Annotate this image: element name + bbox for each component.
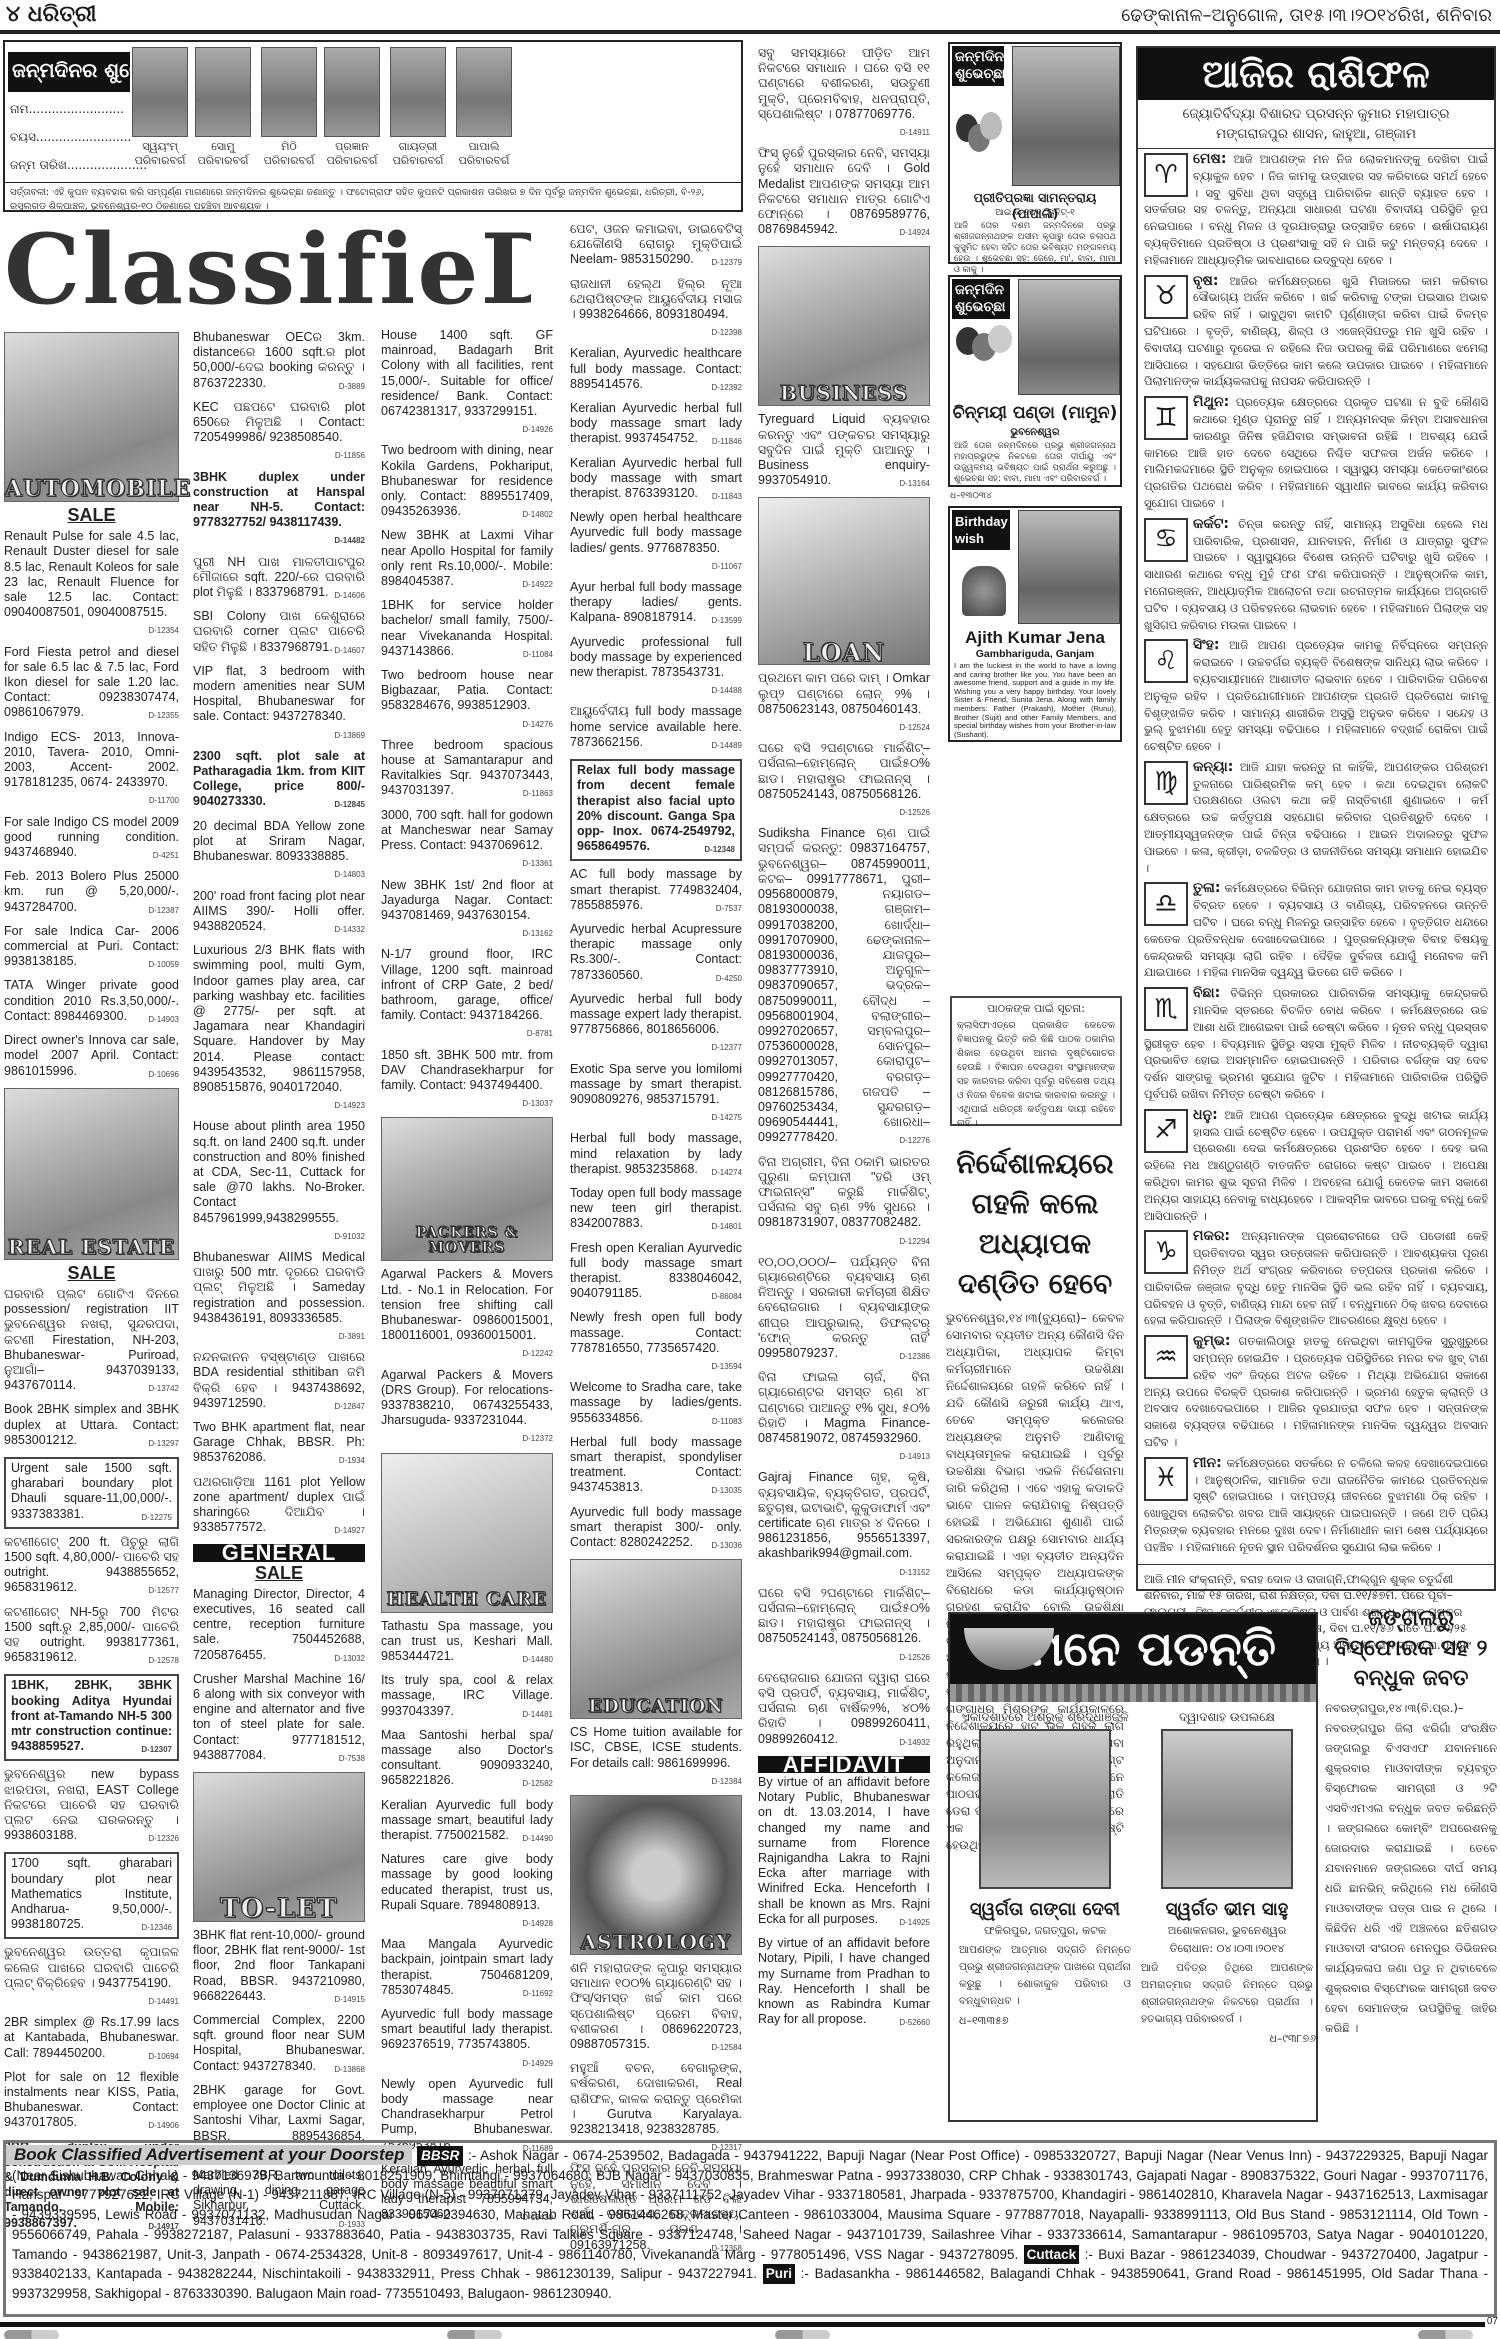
ad-text: ଭୁବନେଶ୍ୱର ଉତ୍ତରା କୃପାଜଳ କଲେଜ ପାଖରେ ଘରବାର… <box>4 1945 179 1989</box>
affidavit-heading: AFFIDAVIT <box>758 1756 930 1773</box>
memorial-name: ସ୍ୱର୍ଗତା ଗଙ୍ଗା ଦେବୀ <box>956 1899 1134 1920</box>
page-label: ୪ ଧରିତ୍ରୀ <box>6 2 97 27</box>
classified-ad: Today open full body massage new teen gi… <box>570 1186 742 1235</box>
classified-ad: 1850 sft. 3BHK 500 mtr. from DAV Chandra… <box>381 1048 553 1112</box>
news-article-explosives: ଜଙ୍ଗଲରୁ ବିସ୍ଫୋରକ ସହ ୨ ବନ୍ଧୁକ ଜବତ ନବରଙ୍ଗପ… <box>1325 1604 1497 2038</box>
classified-ad: ବିନା ଅଗ୍ରୀମ, ବିନା ଠକାମି ଭାରତର ପୁରୁଣା କମ୍… <box>758 1155 930 1249</box>
ad-text: KEC ପଛପଟେ ଘରବାରି plot 650ରେ ମିଳୁଅଛି । Co… <box>193 400 365 444</box>
classified-ad: ପ୍ରଥମେ କାମ ପରେ ଦାମ୍ । Omkar ଲୁପ୍୨ ଘଣ୍ଟାର… <box>758 671 930 735</box>
ad-code: D-14491 <box>148 1994 179 2009</box>
ad-code: D-13742 <box>148 1381 179 1396</box>
loan-label: LOAN <box>759 645 929 660</box>
classified-ad: ଆୟୁର୍ବେଦୀୟ full body massage home servic… <box>570 704 742 753</box>
classified-ad: Keralian Ayurvedic herbal full body mass… <box>570 456 742 505</box>
ad-text: Newly fresh open full body massage. Cont… <box>570 1310 742 1354</box>
kid-photo <box>261 47 317 137</box>
classified-ad: 1700 sqft. gharabari boundary plot near … <box>4 1852 179 1939</box>
ad-code: D-12526 <box>899 1650 930 1665</box>
kid-photo <box>195 47 251 137</box>
classified-ad: Tathastu Spa massage, you can trust us, … <box>381 1619 553 1668</box>
ad-text: 20 decimal BDA Yellow zone plot at Srira… <box>193 819 365 863</box>
kid-photo-card: ସୋମୁପରିବାରବର୍ଗ <box>195 47 251 168</box>
ad-code: D-14929 <box>522 2056 553 2071</box>
ad-code: D-14489 <box>711 738 742 753</box>
reader-notice: ପାଠକଙ୍କ ପାଇଁ ସୂଚନା: କ୍ଲାସିଫାଏଡ୍‌ରେ ପ୍ରକା… <box>950 996 1122 1126</box>
news-headline: ଜଙ୍ଗଲରୁ ବିସ୍ଫୋରକ ସହ ୨ ବନ୍ଧୁକ ଜବତ <box>1325 1604 1497 1694</box>
ad-code: D-13599 <box>711 613 742 628</box>
ad-text: Luxurious 2/3 BHK flats with swimming po… <box>193 943 365 1094</box>
bbsr-contacts: :- Ashok Nagar - 0674-2539502, Badagada … <box>12 2148 1488 2262</box>
business-label: BUSINESS <box>759 386 929 401</box>
kid-name: ସ୍ୱୟଂମ୍ <box>132 140 188 154</box>
zodiac-icon: ♋ <box>1144 518 1188 562</box>
ad-code: D-11856 <box>335 448 365 463</box>
classified-logo: ClassifieD <box>4 222 531 318</box>
ad-code: D-12387 <box>148 903 179 918</box>
ad-code: D-14481 <box>522 1707 553 1722</box>
ad-code: D-13037 <box>522 1096 553 1111</box>
ad-code: D-12384 <box>711 1774 742 1789</box>
wish-code: ଧ–୧୩୦୩୪ <box>950 491 992 501</box>
ad-code: D-12578 <box>148 1653 179 1668</box>
ad-code: D-14490 <box>522 1831 553 1846</box>
ad-text: 3000, 700 sqft. hall for godown at Manch… <box>381 808 553 852</box>
zodiac-prediction: ଆଜି ଆପଣ ପ୍ରତ୍ୟେକ କାମକୁ ନିର୍ବିଘ୍ନରେ ସମ୍ପନ… <box>1144 638 1488 753</box>
memorial-title: ମନେ ପଡନ୍ତି <box>1027 1621 1276 1677</box>
ad-code: D-12582 <box>522 1776 553 1791</box>
ad-code: D-14925 <box>899 1915 930 1930</box>
ad-text: Indigo ECS- 2013, Innova- 2010, Tavera- … <box>4 730 179 790</box>
news-body: ନବରଙ୍ଗପୁର,୧୪।୩(ବି.ପ୍ର.)– ନବରଙ୍ଗପୁର ଜିଲା … <box>1325 1698 1497 2038</box>
classified-ad: ପଥରଗାଡ଼ିଆ 1161 plot Yellow zone apartmen… <box>193 1475 365 1539</box>
zodiac-prediction: ଗତକାଲିଠାରୁ ହାତକୁ ନେଇଥିବା କାମଗୁଡିକ ସୁରୁଖୁ… <box>1144 1334 1488 1449</box>
classified-ad: 3BHK flat rent-10,000/- ground floor, 2B… <box>193 1928 365 2007</box>
ad-code: D-12354 <box>148 623 179 638</box>
kid-photo-card: ଗାୟତ୍ରୀପରିବାରବର୍ଗ <box>390 47 446 168</box>
classified-ad: Herbal full body massage smart therapist… <box>570 1435 742 1499</box>
kid-family: ପରିବାରବର୍ଗ <box>456 154 512 168</box>
zodiac-name: ମକର: <box>1193 1228 1230 1244</box>
kid-photo-card: ପ୍ରଜ୍ଞାନପରିବାରବର୍ଗ <box>324 47 380 168</box>
ad-code: D-14488 <box>711 683 742 698</box>
ad-list: Tyreguard Liquid ବ୍ୟବହାର କରନ୍ତୁ ଏବଂ ପଙ୍କ… <box>758 412 930 491</box>
ad-code: D-13036 <box>711 1538 742 1553</box>
wish-message: I am the luckiest in the world to have a… <box>954 662 1116 739</box>
classified-ad: ଫିସ୍ ନୁହେଁ ପୁରସ୍କାର ନେବି, ସମସ୍ୟା ନୁହେଁ ସ… <box>758 146 930 240</box>
ad-text: ଘରେ ବସି ୨ଘଣ୍ଟାରେ ମାର୍କଶିଟ୍– ପର୍ସନାଲ–ହୋମ୍… <box>758 1586 930 1646</box>
memorial-occasion: ଦ୍ୱାଦଶାହ ଉପଲକ୍ଷେ <box>1138 1710 1316 1725</box>
classified-ad: Welcome to Sradha care, take massage by … <box>570 1380 742 1429</box>
classified-ad: Crusher Marshal Machine 16/ 6 along with… <box>193 1672 365 1766</box>
birthday-wish-card: ଜନ୍ମଦିନ ଶୁଭେଚ୍ଛା ପ୍ରୀତିପ୍ରଜ୍ଞା ସାମନ୍ତରାୟ… <box>948 42 1122 264</box>
kid-name: ପ୍ରଜ୍ଞାନ <box>324 140 380 154</box>
ad-code: D-14332 <box>334 922 365 937</box>
memorial-header: ମନେ ପଡନ୍ତି <box>950 1614 1316 1684</box>
ad-code: D-12346 <box>141 1920 172 1935</box>
classified-ad: Three bedroom spacious house at Samantar… <box>381 738 553 802</box>
reader-notice-title: ପାଠକଙ୍କ ପାଇଁ ସୂଚନା: <box>957 1002 1115 1016</box>
classified-ad: ବେରୋଜଗାର ଯୋଜନା ଦ୍ୱାରା ଘରେ ବସି ପ୍ରପର୍ଟି, … <box>758 1671 930 1750</box>
ad-code: D-14926 <box>522 422 553 437</box>
zodiac-sign-entry: ♐ଧନୁ: ଆଜି ଆପଣ ପ୍ରତ୍ୟେକ କ୍ଷେତ୍ରରେ ବୁଦ୍ଧି … <box>1138 1105 1494 1227</box>
ad-text: ୧୦,୦୦,୦୦୦/– ପର୍ଯ୍ୟନ୍ତ ବିନା ଗ୍ୟାରେଣ୍ଟିରେ … <box>758 1255 930 1360</box>
classified-ad: SBI Colony ପାଖ କେଶୁରାରେ ଘରବାରି corner ପ୍… <box>193 609 365 658</box>
classified-ad: Natures care give body massage by good l… <box>381 1852 553 1931</box>
wish-message: ଆଜି ତୋର ଜନ୍ମଦିନରେ ପ୍ରଭୁ ଶ୍ରୀଜଗନ୍ନାଥ ମହାପ… <box>954 441 1116 485</box>
ad-code: D-14915 <box>334 1992 365 2007</box>
classified-ad: Relax full body massage from decent fema… <box>570 759 742 861</box>
classified-ad: ପେଟ, ଓଜନ କମାଇବା, ଡାଇବେଟିସ୍ ଯେକୌଣସି ରୋଗରୁ… <box>570 222 742 271</box>
zodiac-icon: ♊ <box>1144 396 1188 440</box>
memorial-place: ଫକିରପୁର, ଜଗତ୍‌ପୁର, କଟକ <box>956 1924 1134 1938</box>
classified-ad: Direct owner's Innova car sale, model 20… <box>4 1033 179 1082</box>
classified-ad: AC full body massage by smart therapist.… <box>570 867 742 916</box>
classified-ad: 2BR simplex @ Rs.17.99 lacs at Kantabada… <box>4 2015 179 2064</box>
astrology-label: ASTROLOGY <box>571 1935 741 1950</box>
zodiac-icon: ♈ <box>1144 153 1188 197</box>
kid-photo-card: ପାପାଲିପରିବାରବର୍ଗ <box>456 47 512 168</box>
wish-tag: ଜନ୍ମଦିନ ଶୁଭେଚ୍ଛା <box>952 279 1010 319</box>
kid-family: ପରିବାରବର୍ଗ <box>132 154 188 168</box>
classified-ad: Ayurvedic professional full body massage… <box>570 635 742 699</box>
health-care-category-image: HEALTH CARE <box>381 1453 553 1613</box>
ad-text: ଫିସ୍ ନୁହେଁ ପୁରସ୍କାର ନେବି, ସମସ୍ୟା ନୁହେଁ ସ… <box>758 146 930 236</box>
ad-code: D-13164 <box>899 476 930 491</box>
ad-code: D-11083 <box>712 1414 742 1429</box>
ad-text: Agarwal Packers & Movers Ltd. - No.1 in … <box>381 1267 553 1342</box>
ad-text: Newly open herbal healthcare Ayurvedic f… <box>570 510 742 554</box>
ad-text: Ayurvedic herbal full body massage exper… <box>570 992 742 1036</box>
ad-code: D-14276 <box>522 717 553 732</box>
classified-ad: 1BHK for service holder bachelor/ small … <box>381 598 553 662</box>
zodiac-sign-entry: ♒କୁମ୍ଭ: ଗତକାଲିଠାରୁ ହାତକୁ ନେଇଥିବା କାମଗୁଡି… <box>1138 1331 1494 1453</box>
kid-family: ପରିବାରବର୍ଗ <box>195 154 251 168</box>
education-category-image: EDUCATION <box>570 1559 742 1719</box>
memorial-occasion: ଏକାଦଶାହରେ ଅଶ୍ରୁଳ ଶ୍ରଦ୍ଧାଞ୍ଜଳି <box>956 1710 1134 1725</box>
kid-name: ମିଠି <box>261 140 317 154</box>
classified-ad: 3000, 700 sqft. hall for godown at Manch… <box>381 808 553 872</box>
classified-ad: Luxurious 2/3 BHK flats with swimming po… <box>193 943 365 1113</box>
flower-garland-border <box>950 1684 1316 1702</box>
ad-code: D-10694 <box>148 2049 179 2064</box>
ad-text: Natures care give body massage by good l… <box>381 1852 553 1912</box>
ad-code: D-12294 <box>899 1234 930 1249</box>
classified-ad: Its truly spa, cool & relax massage, IRC… <box>381 1673 553 1722</box>
real-estate-label: REAL ESTATE <box>5 1240 178 1255</box>
ad-text: ଘରେ ବସି ୨ଘଣ୍ଟାରେ ମାର୍କଶିଟ୍– ପର୍ସନାଲ–ହୋମ୍… <box>758 741 930 801</box>
zodiac-prediction: ଚିନ୍ତା କରନ୍ତୁ ନାହିଁ, ସାମାନ୍ୟ ଅସୁବିଧା ହେଲ… <box>1144 517 1488 632</box>
ad-list: Agarwal Packers & Movers Ltd. - No.1 in … <box>381 1267 553 1446</box>
classified-ad: Two BHK apartment flat, near Garage Chha… <box>193 1420 365 1469</box>
classified-ad: ପୁରୀ NH ପାଖ ମାଳତୀପାଟପୁର ମୌଜାରେ sqft. 220… <box>193 555 365 604</box>
classified-ad: Gajraj Finance ଗୃହ, କୃଷି, ବ୍ୟବସାୟିକ, ବ୍ୟ… <box>758 1470 930 1579</box>
classified-ad: Sudiksha Finance ଋଣ ପାଇଁ ସମ୍ପର୍କ କରନ୍ତୁ:… <box>758 826 930 1148</box>
ad-code: D-14803 <box>334 867 365 882</box>
ad-code: D-3889 <box>339 379 365 394</box>
wish-name: ଚିନ୍ମୟୀ ପଣ୍ଡା (ମାମୁନ) <box>950 403 1120 423</box>
zodiac-name: ତୁଳା: <box>1193 880 1220 896</box>
classified-ad: Ayurvedic full body massage smart beauti… <box>381 2007 553 2071</box>
zodiac-name: କର୍କଟ: <box>1193 516 1229 532</box>
real-estate-category-image: REAL ESTATE <box>4 1088 179 1260</box>
ad-list: ଘରବାରି ପ୍ଲଟ ଗୋଟିଏ ଦିନରେ possession/ regi… <box>4 1287 179 2234</box>
ad-code: D-13152 <box>899 1565 930 1580</box>
wish-address: ଭୁବନେଶ୍ୱର <box>950 427 1120 438</box>
memorial-text: ଆପଣଙ୍କ ଆତ୍ମାର ସଦ୍‌ଗତି ନିମନ୍ତେ ପ୍ରଭୁ ଶ୍ରୀ… <box>956 1942 1134 2010</box>
ad-text: CS Home tuition available for ISC, CBSE,… <box>570 1725 742 1769</box>
flower-bouquet-icon <box>962 566 1006 616</box>
bottom-rule <box>0 2322 1485 2327</box>
column-automobile-realestate: AUTOMOBILE SALE Renault Pulse for sale 4… <box>4 330 179 2240</box>
zodiac-name: ସିଂହ: <box>1193 637 1220 653</box>
kid-photo <box>132 47 188 137</box>
classified-ad: N-1/7 ground floor, IRC Village, 1200 sq… <box>381 947 553 1041</box>
column-rent-health: House 1400 sqft. GF mainroad, Badagarh B… <box>381 328 553 2232</box>
column-finance-affidavit: ସବୁ ସମସ୍ୟାରେ ପୀଡ଼ିତ ଆମ ନିକଟରେ ସମାଧାନ । ଘ… <box>758 46 930 2036</box>
zodiac-icon: ♑ <box>1144 1230 1188 1274</box>
classified-ad: ଘରେ ବସି ୨ଘଣ୍ଟାରେ ମାର୍କଶିଟ୍– ପର୍ସନାଲ–ହୋମ୍… <box>758 741 930 820</box>
ad-code: D-14802 <box>522 507 553 522</box>
automobile-category-image: AUTOMOBILE <box>4 332 179 502</box>
zodiac-name: ବୃଷ: <box>1193 273 1218 289</box>
classified-ad: Indigo ECS- 2013, Innova- 2010, Tavera- … <box>4 730 179 809</box>
ad-code: D-13035 <box>711 1483 742 1498</box>
ad-code: D-14928 <box>522 1916 553 1931</box>
ad-text: Crusher Marshal Machine 16/ 6 along with… <box>193 1672 365 1762</box>
ad-code: D-11084 <box>523 647 553 662</box>
ad-list: ପେଟ, ଓଜନ କମାଇବା, ଡାଇବେଟିସ୍ ଯେକୌଣସି ରୋଗରୁ… <box>570 222 742 1553</box>
classified-ad: TATA Winger private good condition 2010 … <box>4 978 179 1027</box>
ad-code: D-7538 <box>339 1751 365 1766</box>
ad-list: Managing Director, Director, 4 executive… <box>193 1587 365 1766</box>
classified-ad: Two bedroom house near Bigbazaar, Patia.… <box>381 668 553 732</box>
birthday-wish-card: Birthday wish Ajith Kumar Jena Gambharig… <box>948 506 1122 742</box>
zodiac-sign-entry: ♊ମିଥୁନ: ପ୍ରତ୍ୟେକ କ୍ଷେତ୍ରରେ ପ୍ରକୃତ ଘଟଣା ନ… <box>1138 392 1494 514</box>
balloon-icon <box>988 325 1012 353</box>
zodiac-prediction: ଆଜି ଯାହା କରନ୍ତୁ ନା କାହିଁକି, ଆପଣଙ୍କର ପରିଶ… <box>1144 760 1488 875</box>
ad-code: D-11846 <box>712 434 742 449</box>
ad-code: D-12377 <box>711 1040 742 1055</box>
classified-ad: Managing Director, Director, 4 executive… <box>193 1587 365 1666</box>
zodiac-icon: ♏ <box>1144 987 1188 1031</box>
ad-list: Renault Pulse for sale 4.5 lac, Renault … <box>4 529 179 1082</box>
footer-title: Book Classified Advertisement at your Do… <box>6 2145 412 2165</box>
classified-ad: Bhubaneswar OECର 3km. distanceରେ 1600 sq… <box>193 330 365 394</box>
ad-code: D-12847 <box>334 1399 365 1414</box>
zodiac-name: ମେଷ: <box>1193 151 1226 167</box>
ad-code: D-11843 <box>712 489 742 504</box>
birthday-coupon-title: ଜନ୍ମଦିନର ଶୁଭେଚ୍ଛା <box>8 52 130 92</box>
ad-text: ମହୁଆଁ ବଚନ, ବେଗାଲୁଙ୍କ, ବର୍ଷକରଣ, ଦୋଖାକରଣ, … <box>570 2061 742 2136</box>
memorial-photo <box>1161 1729 1293 1889</box>
dob-field: ଜନ୍ମ ତାରିଖ..................... <box>10 158 147 173</box>
zodiac-name: ମୀନ: <box>1193 1455 1222 1471</box>
memorial-code: ଧ–୯୩୮୭୬ <box>1138 2032 1316 2046</box>
reader-notice-text: କ୍ଲାସିଫାଏଡ୍‌ରେ ପ୍ରକାଶିତ କେତେକ ବିଜ୍ଞାପନକୁ… <box>957 1019 1115 1131</box>
wish-address: ଆଇ.ଭି-୨୨/୧, ୟୁନିଟ୍-୧ <box>950 208 1120 218</box>
ad-code: D-13162 <box>522 926 553 941</box>
wish-message: ଆଜି ତୋର ଦଶମ ଜନ୍ମଦିନରେ ପ୍ରଭୁ ଶ୍ରୀଜଗନ୍ନାଥଙ… <box>954 221 1116 276</box>
ad-code: D-14906 <box>148 2118 179 2133</box>
education-label: EDUCATION <box>571 1699 741 1714</box>
classified-ad: Agarwal Packers & Movers Ltd. - No.1 in … <box>381 1267 553 1361</box>
classified-ad: Agarwal Packers & Movers (DRS Group). Fo… <box>381 1368 553 1447</box>
to-let-category-image: TO-LET <box>193 1772 365 1922</box>
classified-ad: House about plinth area 1950 sq.ft. on l… <box>193 1119 365 1244</box>
ad-code: D-11692 <box>523 1986 553 2001</box>
registration-mark <box>4 2330 59 2339</box>
kid-photo-card: ସ୍ୱୟଂମ୍ପରିବାରବର୍ଗ <box>132 47 188 168</box>
ad-text: VIP flat, 3 bedroom with modern amenitie… <box>193 664 365 724</box>
ad-text: ଶନି ମହାରାଜଙ୍କ କୃପାରୁ ସମସ୍ୟାର ସମାଧାନ ୧୦୦%… <box>570 1961 742 2051</box>
ad-code: D-4251 <box>153 848 179 863</box>
classified-ad: Ford Fiesta petrol and diesel for sale 6… <box>4 645 179 724</box>
memorial-right: ଦ୍ୱାଦଶାହ ଉପଲକ୍ଷେ ସ୍ୱର୍ଗତ ଭୀମ ସାହୁ ଅଶୋକନଗ… <box>1138 1710 1316 2046</box>
zodiac-list: ♈ମେଷ: ଆଜି ଆପଣଙ୍କ ମନ ନିଜ ଲୋକମାନଙ୍କୁ ଦେଖିବ… <box>1138 149 1494 1558</box>
classified-ad: Exotic Spa serve you lomilomi massage by… <box>570 1062 742 1126</box>
zodiac-name: କୁମ୍ଭ: <box>1193 1333 1230 1349</box>
zodiac-sign-entry: ♉ବୃଷ: ଆଜିର କର୍ମକ୍ଷେତ୍ରରେ ଖୁସି ମିଜାଜରେ କା… <box>1138 271 1494 393</box>
ad-text: House about plinth area 1950 sq.ft. on l… <box>193 1119 365 1224</box>
ad-text: ବିନା ଅଗ୍ରୀମ, ବିନା ଠକାମି ଭାରତର ପୁରୁଣା କମ୍… <box>758 1155 930 1230</box>
classified-ad: ଶନି ମହାରାଜଙ୍କ କୃପାରୁ ସମସ୍ୟାର ସମାଧାନ ୧୦୦%… <box>570 1961 742 2055</box>
classified-ad: Maa Mangala Ayurvedic backpain, jointpai… <box>381 1937 553 2001</box>
classified-ad: ସବୁ ସମସ୍ୟାରେ ପୀଡ଼ିତ ଆମ ନିକଟରେ ସମାଧାନ । ଘ… <box>758 46 930 140</box>
general-heading: GENERAL <box>193 1544 365 1561</box>
ad-code: D-86084 <box>711 1289 742 1304</box>
wish-photo <box>1018 279 1120 395</box>
memorial-code: ଧ–୧୩୩୫୭ <box>956 2014 1134 2028</box>
ad-text: Bhubaneswar AIIMS Medical ପାଖରୁ 500 mtr.… <box>193 1250 365 1325</box>
coupon-terms: ସର୍ତ୍ତାବଳୀ: ଏହି କୁପନ ବ୍ୟବହାର କରି ସମ୍ପୂର୍… <box>5 182 741 217</box>
classified-ad: Keralian Ayurvedic full body massage sma… <box>381 1798 553 1847</box>
ad-code: D-12577 <box>148 1583 179 1598</box>
kid-photo-card: ମିଠିପରିବାରବର୍ଗ <box>261 47 317 168</box>
classified-ad: New 3BHK 1st/ 2nd floor at Jayadurga Nag… <box>381 878 553 942</box>
classified-ad: କଟଣୀଗେଟ୍ 200 ft. ପିଚୁରୁ ଲାଗି 1500 sqft. … <box>4 1535 179 1599</box>
ad-list: House 1400 sqft. GF mainroad, Badagarh B… <box>381 328 553 1111</box>
classified-ad: Ayurvedic full body massage smart therap… <box>570 1505 742 1554</box>
memorial-box: ମନେ ପଡନ୍ତି ଏକାଦଶାହରେ ଅଶ୍ରୁଳ ଶ୍ରଦ୍ଧାଞ୍ଜଳି… <box>948 1612 1318 2122</box>
wish-tag: ଜନ୍ମଦିନ ଶୁଭେଚ୍ଛା <box>952 46 1004 86</box>
ad-text: Relax full body massage from decent fema… <box>577 763 735 853</box>
zodiac-sign-entry: ♏ବିଛା: ବିଭିନ୍ନ ପ୍ରକାରର ପାରିବାରିକ ସମସ୍ୟାକ… <box>1138 983 1494 1105</box>
classified-ad: By virtue of an affidavit before Notary,… <box>758 1936 930 2030</box>
section-heading: SALE <box>4 1266 179 1281</box>
classified-ad: ଘରବାରି ପ୍ଲଟ ଗୋଟିଏ ଦିନରେ possession/ regi… <box>4 1287 179 1396</box>
city-label-bbsr: BBSR <box>417 2146 463 2166</box>
zodiac-name: ବିଛା: <box>1193 985 1220 1001</box>
ad-list: CS Home tuition available for ISC, CBSE,… <box>570 1725 742 1789</box>
ad-text: ଘରବାରି ପ୍ଲଟ ଗୋଟିଏ ଦିନରେ possession/ regi… <box>4 1287 179 1392</box>
ad-code: D-14922 <box>522 577 553 592</box>
classified-ad: Feb. 2013 Bolero Plus 25000 km. run @ 5,… <box>4 869 179 918</box>
ad-code: D-1934 <box>339 1453 365 1468</box>
classified-ad: Bhubaneswar AIIMS Medical ପାଖରୁ 500 mtr.… <box>193 1250 365 1344</box>
ad-code: D-14607 <box>334 643 365 658</box>
wish-photo <box>1012 46 1120 186</box>
classified-ad: Renault Pulse for sale 4.5 lac, Renault … <box>4 529 179 638</box>
ad-list: ସବୁ ସମସ୍ୟାରେ ପୀଡ଼ିତ ଆମ ନିକଟରେ ସମାଧାନ । ଘ… <box>758 46 930 240</box>
ad-text: 3BHK duplex under construction at Hanspa… <box>193 470 365 530</box>
zodiac-sign-entry: ♑ମକର: ଅନ୍ୟମାନଙ୍କ ପ୍ରରୋଚନାରେ ପଡି ପଡୋଶୀ କେ… <box>1138 1226 1494 1331</box>
ad-code: D-10059 <box>148 957 179 972</box>
classified-ad: KEC ପଛପଟେ ଘରବାରି plot 650ରେ ମିଳୁଅଛି । Co… <box>193 400 365 464</box>
classified-ad: CS Home tuition available for ISC, CBSE,… <box>570 1725 742 1789</box>
ad-code: D-12398 <box>711 325 742 340</box>
classified-ad: ଘରେ ବସି ୨ଘଣ୍ଟାରେ ମାର୍କଶିଟ୍– ପର୍ସନାଲ–ହୋମ୍… <box>758 1586 930 1665</box>
ad-code: D-14923 <box>334 1098 365 1113</box>
classified-ad: Tyreguard Liquid ବ୍ୟବହାର କରନ୍ତୁ ଏବଂ ପଙ୍କ… <box>758 412 930 491</box>
ad-code: D-14913 <box>899 1449 930 1464</box>
ad-code: D-52660 <box>899 2015 930 2030</box>
packers-movers-label: PACKERS & MOVERS <box>382 1226 552 1256</box>
ad-text: Gajraj Finance ଗୃହ, କୃଷି, ବ୍ୟବସାୟିକ, ବ୍ୟ… <box>758 1470 930 1560</box>
ad-code: D-12307 <box>141 1742 172 1757</box>
zodiac-icon: ♐ <box>1144 1109 1188 1153</box>
ad-code: D-14911 <box>900 125 930 140</box>
ad-text: ସବୁ ସମସ୍ୟାରେ ପୀଡ଼ିତ ଆମ ନିକଟରେ ସମାଧାନ । ଘ… <box>758 46 930 121</box>
classified-ad: Urgent sale 1500 sqft. gharabari boundar… <box>4 1457 179 1529</box>
health-care-label: HEALTH CARE <box>382 1592 552 1607</box>
ad-text: N-1/7 ground floor, IRC Village, 1200 sq… <box>381 947 553 1022</box>
classified-ad: House 1400 sqft. GF mainroad, Badagarh B… <box>381 328 553 437</box>
ad-code: D-91032 <box>334 1229 365 1244</box>
column-massage-education: ପେଟ, ଓଜନ କମାଇବା, ଡାଇବେଟିସ୍ ଯେକୌଣସି ରୋଗରୁ… <box>570 222 742 2262</box>
ad-text: Ayurvedic full body massage smart beauti… <box>381 2007 553 2051</box>
ad-code: D-3891 <box>339 1329 365 1344</box>
zodiac-sign-entry: ♋କର୍କଟ: ଚିନ୍ତା କରନ୍ତୁ ନାହିଁ, ସାମାନ୍ୟ ଅସୁ… <box>1138 514 1494 636</box>
wish-photo <box>1018 510 1120 624</box>
zodiac-sign-entry: ♌ସିଂହ: ଆଜି ଆପଣ ପ୍ରତ୍ୟେକ କାମକୁ ନିର୍ବିଘ୍ନର… <box>1138 635 1494 757</box>
ad-text: ପ୍ରଥମେ କାମ ପରେ ଦାମ୍ । Omkar ଲୁପ୍୨ ଘଣ୍ଟାର… <box>758 671 930 715</box>
classified-ad: ରାଜଧାନୀ ହେଲ୍ଥ ହିଲ୍ର ନୂଆ ଥେରାପିଷ୍ଟଙ୍କ ଆୟୁ… <box>570 277 742 341</box>
kid-family: ପରିବାରବର୍ଗ <box>324 154 380 168</box>
horoscope-title: ଆଜିର ରାଶିଫଳ <box>1138 48 1494 100</box>
zodiac-icon: ♎ <box>1144 882 1188 926</box>
ad-code: D-12379 <box>711 255 742 270</box>
masthead: ୪ ଧରିତ୍ରୀ ଢେଙ୍କାନାଳ–ଅନୁଗୋଳ, ତା୧୫।୩।୨୦୧୪ର… <box>0 0 1500 32</box>
ad-code: D-13868 <box>334 2062 365 2077</box>
ad-code: D-14275 <box>711 1110 742 1125</box>
page-number: 07 <box>1487 2316 1498 2327</box>
classified-ad: Newly fresh open full body massage. Cont… <box>570 1310 742 1374</box>
ad-code: D-12242 <box>522 1346 553 1361</box>
ad-code: D-7537 <box>716 901 742 916</box>
classified-ad: ନନ୍ଦନକାନନ ବସ୍ଷ୍ଟାଣ୍ଡ ପାଖରେ BDA residenti… <box>193 1350 365 1414</box>
zodiac-name: ଧନୁ: <box>1193 1107 1218 1123</box>
ad-list: Tathastu Spa massage, you can trust us, … <box>381 1619 553 2226</box>
ad-text: Sudiksha Finance ଋଣ ପାଇଁ ସମ୍ପର୍କ କରନ୍ତୁ:… <box>758 826 930 1144</box>
ad-list: By virtue of an affidavit before Notary … <box>758 1775 930 2030</box>
birthday-wish-card: ଜନ୍ମଦିନ ଶୁଭେଚ୍ଛା ଚିନ୍ମୟୀ ପଣ୍ଡା (ମାମୁନ) ଭ… <box>948 275 1122 487</box>
ad-code: D-11700 <box>149 793 179 808</box>
ad-code: D-11863 <box>523 786 553 801</box>
classified-ad: By virtue of an affidavit before Notary … <box>758 1775 930 1930</box>
age-field: ବୟସ......................... <box>10 130 131 145</box>
ad-code: D-14932 <box>899 1735 930 1750</box>
classified-ad: Fresh open Keralian Ayurvedic full body … <box>570 1241 742 1305</box>
kid-name: ଗାୟତ୍ରୀ <box>390 140 446 154</box>
ad-code: D-14924 <box>899 225 930 240</box>
ad-code: D-12526 <box>899 805 930 820</box>
ad-code: D-12845 <box>334 797 365 812</box>
ad-code: D-14480 <box>522 1652 553 1667</box>
classified-ad: Two bedroom with dining, near Kokila Gar… <box>381 443 553 522</box>
kid-name: ସୋମୁ <box>195 140 251 154</box>
classified-ad: 200' road front facing plot near AIIMS 3… <box>193 889 365 938</box>
classified-ad: For sale Indigo CS model 2009 good runni… <box>4 815 179 864</box>
